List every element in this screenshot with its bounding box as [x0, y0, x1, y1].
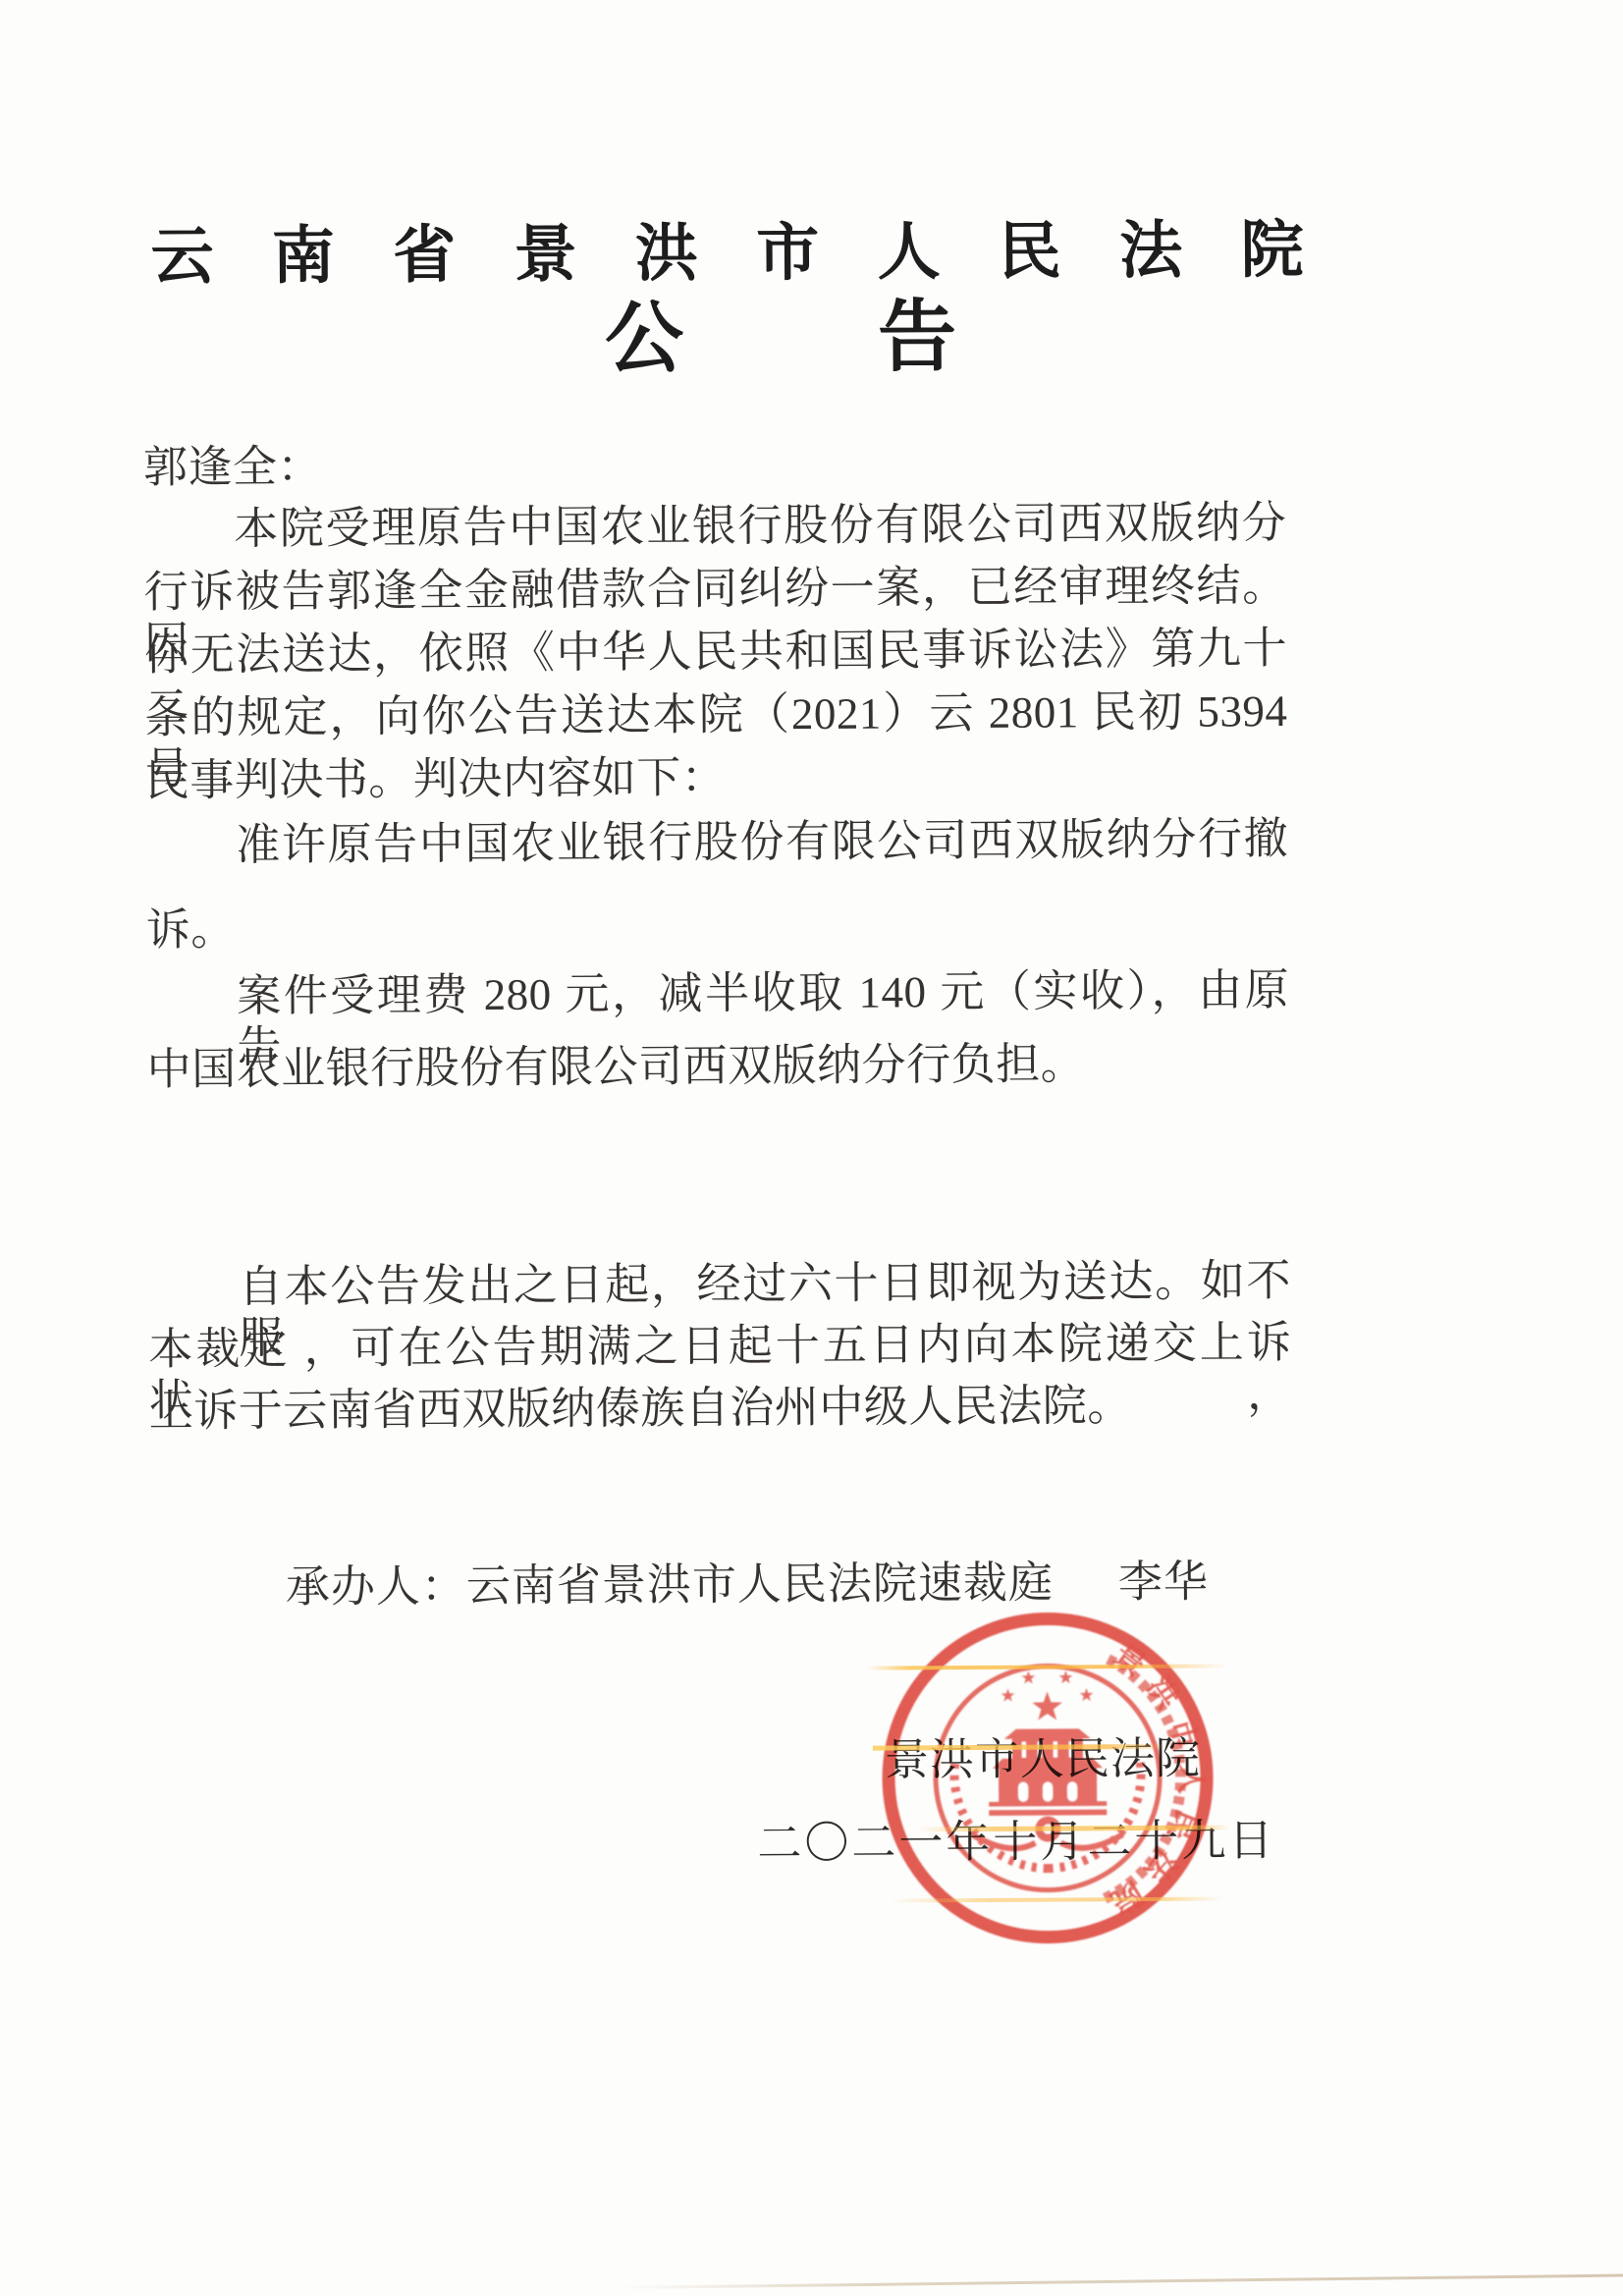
undertaker-label: 承办人：云南省景洪市人民法院速裁庭: [286, 1558, 1054, 1613]
court-seal-icon: 景洪市人民法院: [874, 1604, 1221, 1951]
notice-title: 公告: [605, 295, 1152, 380]
body-line: 诉。: [146, 899, 1289, 957]
undertaker-name: 李华: [1118, 1558, 1209, 1608]
body-line: 民事判决书。判决内容如下：: [145, 749, 1288, 807]
body-line: 本院受理原告中国农业银行股份有限公司西双版纳分: [143, 498, 1286, 556]
body-line: 上诉于云南省西双版纳傣族自治州中级人民法院。: [149, 1380, 1292, 1438]
seal-arc-text: 景洪市人民法院: [1093, 1637, 1211, 1928]
scanned-court-notice-page: 云南省景洪市人民法院 公告 郭逢全： 本院受理原告中国农业银行股份有限公司西双版…: [0, 0, 1623, 2296]
national-emblem-icon: [953, 1670, 1141, 1869]
svg-text:景洪市人民法院: 景洪市人民法院: [1093, 1637, 1211, 1928]
document-content: 云南省景洪市人民法院 公告 郭逢全： 本院受理原告中国农业银行股份有限公司西双版…: [0, 0, 1623, 2296]
body-line: 准许原告中国农业银行股份有限公司西双版纳分行撤: [145, 814, 1288, 872]
court-title: 云南省景洪市人民法院: [150, 217, 1303, 290]
body-line: 中国农业银行股份有限公司西双版纳分行负担。: [146, 1038, 1289, 1096]
addressee-line: 郭逢全：: [143, 436, 1286, 494]
official-seal: 景洪市人民法院: [874, 1604, 1221, 1951]
